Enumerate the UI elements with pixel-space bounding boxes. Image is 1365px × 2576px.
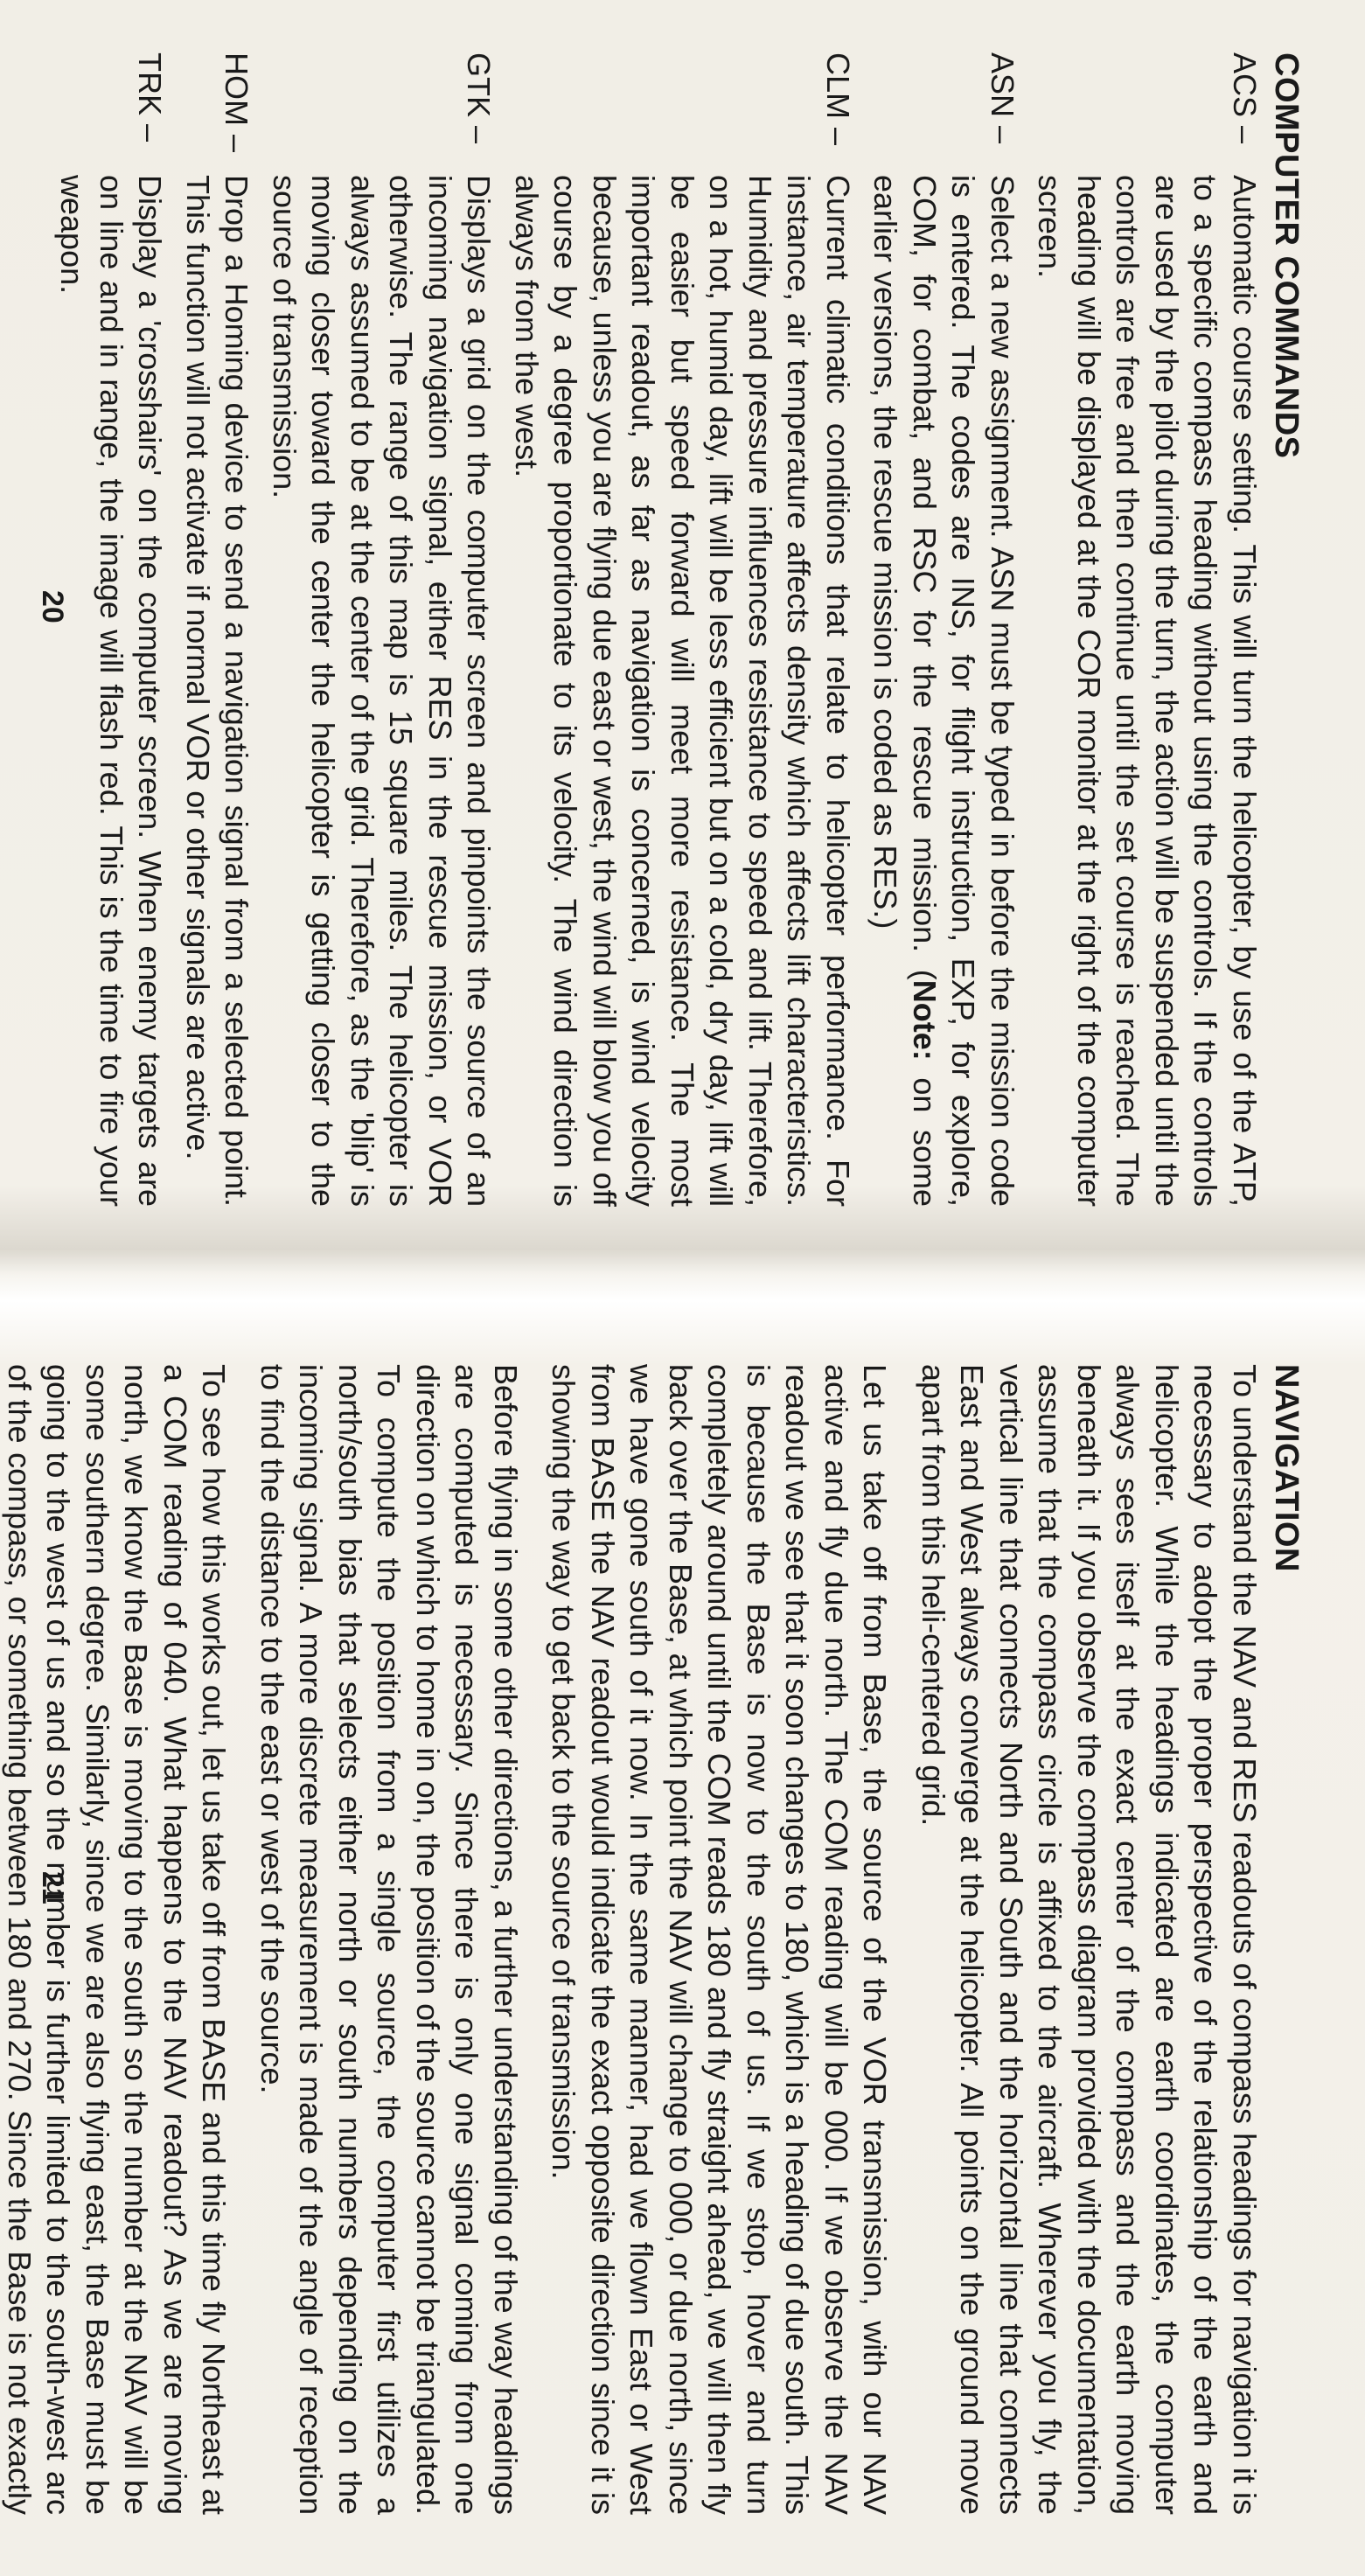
book-spread: COMPUTER COMMANDS ACS – Automatic course… — [0, 0, 1365, 2576]
command-description: Automatic course setting. This will turn… — [1030, 175, 1264, 1207]
command-description: Select a new assignment. ASN must be typ… — [866, 175, 1021, 1207]
page-number: 21 — [35, 1871, 69, 1904]
command-clm: CLM – Current climatic conditions that r… — [507, 52, 858, 1207]
paragraph: To understand the NAV and RES readouts o… — [914, 1364, 1264, 2515]
page-20: COMPUTER COMMANDS ACS – Automatic course… — [0, 0, 1365, 1259]
command-code: ACS – — [1030, 52, 1264, 175]
command-description: Displays a grid on the computer screen a… — [265, 175, 498, 1207]
paragraph: Before flying in some other directions, … — [253, 1364, 526, 2515]
command-code: TRK – — [52, 52, 170, 175]
command-description: Display a 'crosshairs' on the computer s… — [52, 175, 170, 1207]
command-code: GTK – — [265, 52, 498, 175]
command-code: CLM – — [507, 52, 858, 175]
section-heading-navigation: NAVIGATION — [1267, 1364, 1305, 2515]
command-gtk: GTK – Displays a grid on the computer sc… — [265, 52, 498, 1207]
paragraph: Let us take off from Base, the source of… — [544, 1364, 895, 2515]
paragraph: To see how this works out, let us take o… — [0, 1364, 233, 2515]
command-description: Drop a Homing device to send a navigatio… — [178, 175, 256, 1207]
page-21: NAVIGATION To understand the NAV and RES… — [0, 1312, 1365, 2576]
command-code: ASN – — [866, 52, 1021, 175]
command-code: HOM – — [178, 52, 256, 175]
command-trk: TRK – Display a 'crosshairs' on the comp… — [52, 52, 170, 1207]
command-description: Current climatic conditions that relate … — [507, 175, 858, 1207]
command-acs: ACS – Automatic course setting. This wil… — [1030, 52, 1264, 1207]
command-asn: ASN – Select a new assignment. ASN must … — [866, 52, 1021, 1207]
note-label: Note: — [907, 980, 943, 1061]
page-number: 20 — [35, 590, 69, 623]
section-heading-computer-commands: COMPUTER COMMANDS — [1267, 52, 1305, 1207]
command-hom: HOM – Drop a Homing device to send a nav… — [178, 52, 256, 1207]
